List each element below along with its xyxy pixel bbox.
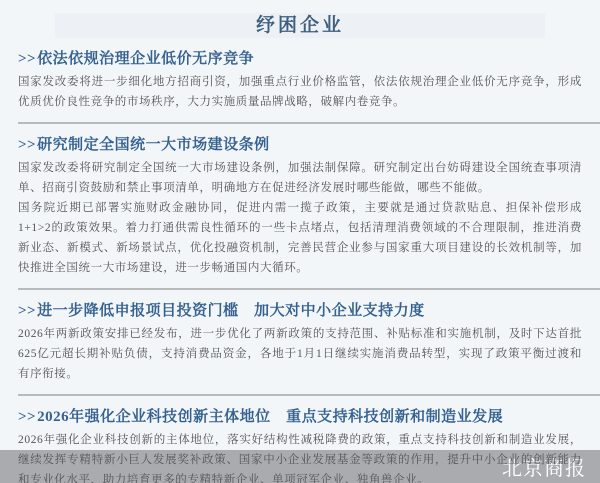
- section-heading: >>2026年强化企业科技创新主体地位 重点支持科技创新和制造业发展: [18, 408, 582, 427]
- title-banner: 纾困企业: [55, 13, 545, 38]
- section-body: 2026年两新政策安排已经发布，进一步优化了两新政策的支持范围、补贴标准和实施机…: [18, 324, 582, 384]
- section-unified-market: >>研究制定全国统一大市场建设条例 国家发改委将研究制定全国统一大市场建设条例，…: [18, 136, 582, 278]
- double-arrow-marker: >>: [18, 137, 36, 153]
- section-divider: [18, 288, 600, 290]
- double-arrow-marker: >>: [18, 303, 36, 319]
- section-paragraph: 2026年强化企业科技创新的主体地位，落实好结构性减税降费的政策，重点支持科技创…: [18, 430, 582, 483]
- section-divider: [18, 394, 600, 396]
- content-area: 纾困企业 >>依法依规治理企业低价无序竞争 国家发改委将进一步细化地方招商引资，…: [0, 13, 600, 483]
- section-heading-text: 2026年强化企业科技创新主体地位 重点支持科技创新和制造业发展: [37, 409, 503, 425]
- double-arrow-marker: >>: [18, 51, 36, 67]
- section-paragraph: 国家发改委将研究制定全国统一大市场建设条例，加强法制保障。研究制定出台妨碍建设全…: [18, 158, 582, 198]
- page-title: 纾困企业: [256, 15, 344, 36]
- section-body: 国家发改委将进一步细化地方招商引资，加强重点行业价格监管，依法依规治理企业低价无…: [18, 72, 582, 112]
- section-heading: >>进一步降低申报项目投资门槛 加大对中小企业支持力度: [18, 302, 582, 321]
- section-lower-investment-threshold: >>进一步降低申报项目投资门槛 加大对中小企业支持力度 2026年两新政策安排已…: [18, 302, 582, 384]
- double-arrow-marker: >>: [18, 409, 36, 425]
- section-paragraph: 国家发改委将进一步细化地方招商引资，加强重点行业价格监管，依法依规治理企业低价无…: [18, 72, 582, 112]
- section-heading: >>依法依规治理企业低价无序竞争: [18, 50, 582, 69]
- section-paragraph: 2026年两新政策安排已经发布，进一步优化了两新政策的支持范围、补贴标准和实施机…: [18, 324, 582, 384]
- section-low-price-competition: >>依法依规治理企业低价无序竞争 国家发改委将进一步细化地方招商引资，加强重点行…: [18, 50, 582, 112]
- infographic-page: 北京商报 纾困企业 >>依法依规治理企业低价无序竞争 国家发改委将进一步细化地方…: [0, 0, 600, 483]
- section-paragraph: 国务院近期已部署实施财政金融协同，促进内需一揽子政策，主要就是通过贷款贴息、担保…: [18, 198, 582, 278]
- section-heading: >>研究制定全国统一大市场建设条例: [18, 136, 582, 155]
- section-body: 2026年强化企业科技创新的主体地位，落实好结构性减税降费的政策，重点支持科技创…: [18, 430, 582, 483]
- section-heading-text: 研究制定全国统一大市场建设条例: [37, 137, 270, 153]
- section-body: 国家发改委将研究制定全国统一大市场建设条例，加强法制保障。研究制定出台妨碍建设全…: [18, 158, 582, 278]
- section-heading-text: 进一步降低申报项目投资门槛 加大对中小企业支持力度: [37, 303, 425, 319]
- section-divider: [18, 122, 600, 124]
- section-tech-innovation: >>2026年强化企业科技创新主体地位 重点支持科技创新和制造业发展 2026年…: [18, 408, 582, 483]
- section-heading-text: 依法依规治理企业低价无序竞争: [37, 51, 254, 67]
